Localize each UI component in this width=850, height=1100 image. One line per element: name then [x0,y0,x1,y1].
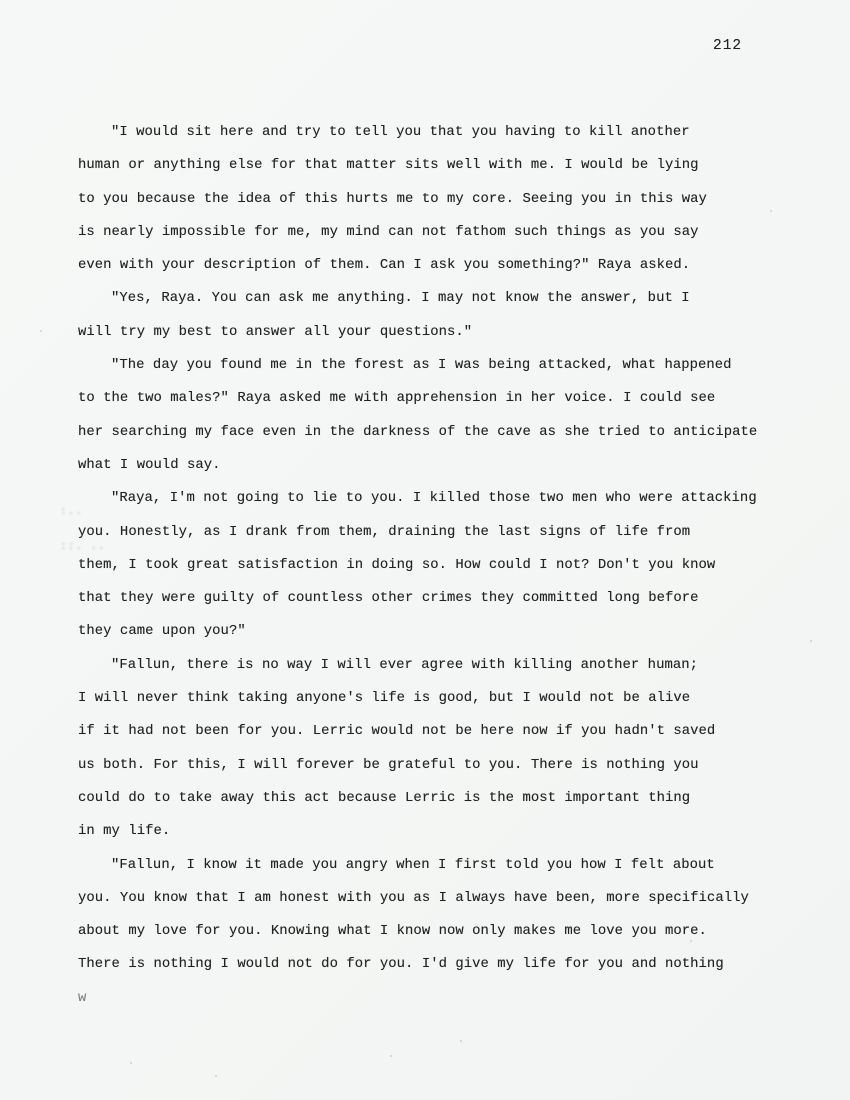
manuscript-page: 212 "I would sit here and try to tell yo… [0,0,850,1100]
text-line: "Fallun, I know it made you angry when I… [78,849,790,882]
text-line: to you because the idea of this hurts me… [78,183,790,216]
page-number: 212 [713,38,742,54]
scan-speck [215,1075,217,1077]
text-line: even with your description of them. Can … [78,249,790,282]
text-line: "I would sit here and try to tell you th… [78,116,790,149]
text-line: that they were guilty of countless other… [78,582,790,615]
scan-speck [690,940,692,942]
text-line: will try my best to answer all your ques… [78,316,790,349]
text-line: "Raya, I'm not going to lie to you. I ki… [78,482,790,515]
text-line: about my love for you. Knowing what I kn… [78,915,790,948]
scan-speck [770,210,772,212]
text-line: them, I took great satisfaction in doing… [78,549,790,582]
text-line: what I would say. [78,449,790,482]
ghost-correction-mark: :.. [60,506,83,518]
text-line: w [78,982,790,1015]
typed-text-block: "I would sit here and try to tell you th… [78,116,790,1015]
scan-speck [460,1040,462,1042]
text-line: to the two males?" Raya asked me with ap… [78,382,790,415]
text-line: could do to take away this act because L… [78,782,790,815]
text-line: "The day you found me in the forest as I… [78,349,790,382]
text-line: "Yes, Raya. You can ask me anything. I m… [78,282,790,315]
text-line: they came upon you?" [78,615,790,648]
scan-speck [390,1055,392,1057]
text-line: human or anything else for that matter s… [78,149,790,182]
text-line: you. Honestly, as I drank from them, dra… [78,516,790,549]
scan-speck [130,1062,132,1064]
text-line: her searching my face even in the darkne… [78,416,790,449]
text-line: "Fallun, there is no way I will ever agr… [78,649,790,682]
text-line: There is nothing I would not do for you.… [78,948,790,981]
text-line: I will never think taking anyone's life … [78,682,790,715]
text-line: you. You know that I am honest with you … [78,882,790,915]
scan-speck [40,330,42,332]
text-line: is nearly impossible for me, my mind can… [78,216,790,249]
scan-speck [810,640,812,642]
text-line: us both. For this, I will forever be gra… [78,749,790,782]
text-line: in my life. [78,815,790,848]
ghost-correction-mark: ::. .. [60,541,106,553]
text-line: if it had not been for you. Lerric would… [78,715,790,748]
